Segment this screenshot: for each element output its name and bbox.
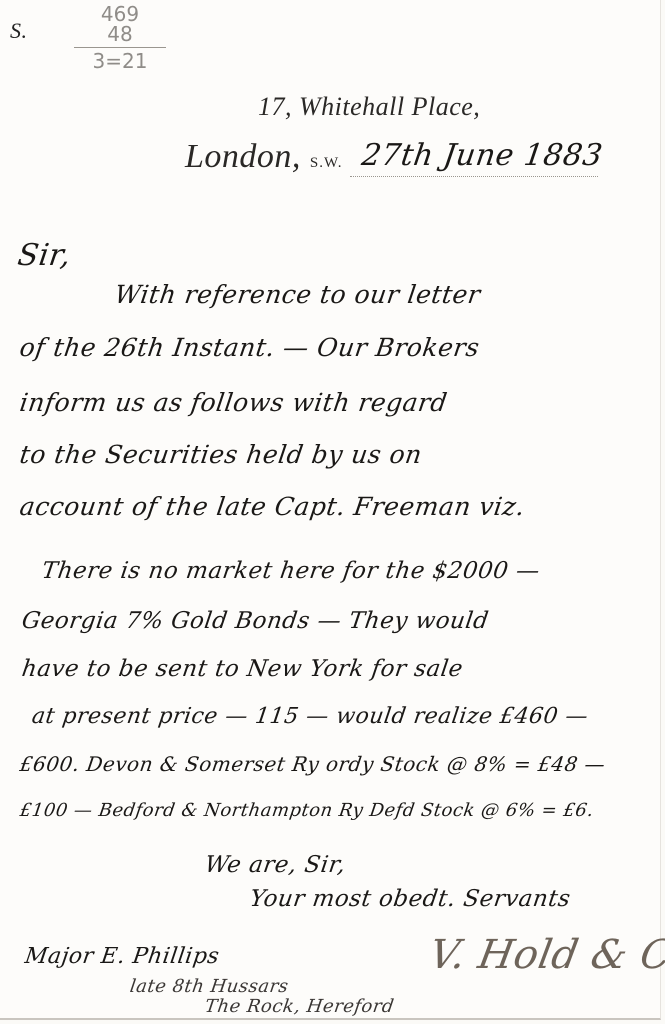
corner-mark: S. xyxy=(10,18,28,44)
letterhead-address: 17, Whitehall Place, xyxy=(258,92,480,122)
calc-minus: 48 xyxy=(70,24,170,44)
salutation: Sir, xyxy=(16,238,74,273)
letter-paper: S. 469 48 3=21 17, Whitehall Place, Lond… xyxy=(0,0,661,1020)
signature: V. Hold & Co. xyxy=(426,932,665,978)
body-line-4: to the Securities held by us on xyxy=(18,440,424,469)
letterhead-city: London, S.W. xyxy=(185,138,343,176)
body-line-5: account of the late Capt. Freeman viz. xyxy=(18,492,527,521)
body-line-10: £600. Devon & Somerset Ry ordy Stock @ 8… xyxy=(18,752,607,776)
letter-date: 27th June 1883 xyxy=(360,138,605,173)
addressee-line-2: late 8th Hussars xyxy=(129,976,290,997)
body-line-6: There is no market here for the $2000 — xyxy=(40,558,541,584)
closing-line-2: Your most obedt. Servants xyxy=(248,886,572,912)
body-line-9: at present price — 115 — would realize £… xyxy=(30,704,590,729)
calc-top: 469 xyxy=(70,4,170,24)
closing-line-1: We are, Sir, xyxy=(203,852,347,878)
calc-result: 3=21 xyxy=(70,51,170,71)
body-line-7: Georgia 7% Gold Bonds — They would xyxy=(20,608,490,634)
date-dotted-line xyxy=(350,176,598,177)
addressee-name: Major E. Phillips xyxy=(23,944,221,969)
body-line-11: £100 — Bedford & Northampton Ry Defd Sto… xyxy=(19,800,596,821)
addressee-line-3: The Rock, Hereford xyxy=(204,996,396,1017)
letterhead-district: S.W. xyxy=(310,155,343,171)
letterhead-city-name: London, xyxy=(185,138,301,175)
pencil-calculation: 469 48 3=21 xyxy=(70,4,170,71)
calc-rule xyxy=(74,47,166,48)
body-line-3: inform us as follows with regard xyxy=(18,388,449,417)
body-line-1: With reference to our letter xyxy=(113,280,483,309)
body-line-2: of the 26th Instant. — Our Brokers xyxy=(18,333,481,362)
body-line-8: have to be sent to New York for sale xyxy=(20,656,464,682)
